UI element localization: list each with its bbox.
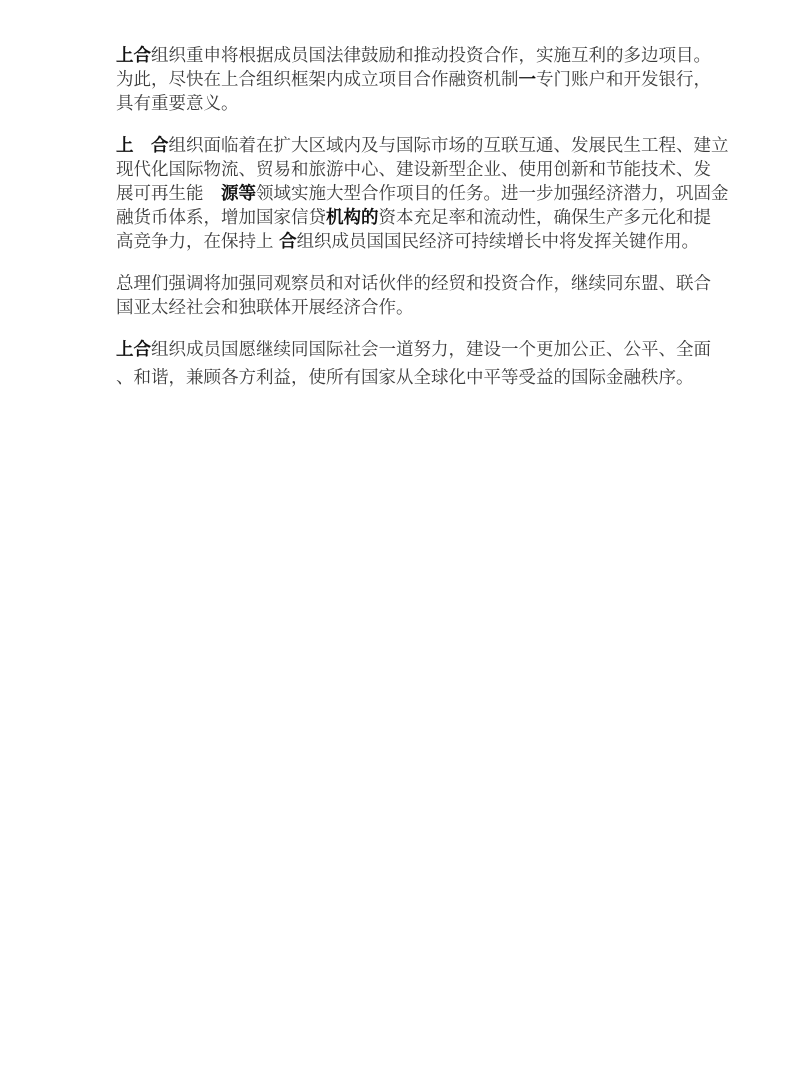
text: 组织成员国国民经济可持续增长中将发挥关键作用。	[297, 232, 700, 252]
paragraph-4: 上合组织成员国愿继续同国际社会一道努力，建设一个更加公正、公平、全面 、和谐，兼…	[116, 338, 748, 390]
bold-text: 上合	[116, 46, 151, 66]
text: 总理们强调将加强同观察员和对话伙伴的经贸和投资合作，继续同东盟、联合	[116, 274, 711, 294]
bold-text: 上合	[116, 340, 151, 360]
bold-text: 一	[519, 70, 537, 90]
text-line: 高竞争力，在保持上 合组织成员国国民经济可持续增长中将发挥关键作用。	[116, 230, 748, 254]
text-line: 融货币体系，增加国家信贷机构的资本充足率和流动性，确保生产多元化和提	[116, 206, 748, 230]
text-line: 上 合组织面临着在扩大区域内及与国际市场的互联互通、发展民生工程、建立	[116, 134, 748, 158]
text-line: 、和谐，兼顾各方利益，使所有国家从全球化中平等受益的国际金融秩序。	[116, 366, 748, 390]
text: 为此，尽快在上合组织框架内成立项目合作融资机制	[116, 70, 519, 90]
text: 组织成员国愿继续同国际社会一道努力，建设一个更加公正、公平、全面	[151, 340, 711, 360]
text: 展可再生能	[116, 184, 221, 204]
text-line: 现代化国际物流、贸易和旅游中心、建设新型企业、使用创新和节能技术、发	[116, 158, 748, 182]
text: 现代化国际物流、贸易和旅游中心、建设新型企业、使用创新和节能技术、发	[116, 160, 711, 180]
text: 领域实施大型合作项目的任务。进一步加强经济潜力，巩固金	[256, 184, 729, 204]
text-line: 总理们强调将加强同观察员和对话伙伴的经贸和投资合作，继续同东盟、联合	[116, 272, 748, 296]
text: 、和谐，兼顾各方利益，使所有国家从全球化中平等受益的国际金融秩序。	[116, 368, 694, 388]
text: 国亚太经社会和独联体开展经济合作。	[116, 298, 414, 318]
bold-text: 源等	[221, 184, 256, 204]
bold-text: 上 合	[116, 136, 169, 156]
text: 专门账户和开发银行，	[536, 70, 711, 90]
text-line: 上合组织重申将根据成员国法律鼓励和推动投资合作，实施互利的多边项目。	[116, 44, 748, 68]
bold-text: 机构的	[326, 208, 379, 228]
text: 具有重要意义。	[116, 94, 239, 114]
paragraph-3: 总理们强调将加强同观察员和对话伙伴的经贸和投资合作，继续同东盟、联合 国亚太经社…	[116, 272, 748, 320]
text-line: 展可再生能 源等领域实施大型合作项目的任务。进一步加强经济潜力，巩固金	[116, 182, 748, 206]
paragraph-1: 上合组织重申将根据成员国法律鼓励和推动投资合作，实施互利的多边项目。 为此，尽快…	[116, 44, 748, 116]
text: 组织重申将根据成员国法律鼓励和推动投资合作，实施互利的多边项目。	[151, 46, 711, 66]
text: 资本充足率和流动性，确保生产多元化和提	[379, 208, 712, 228]
document-page: 上合组织重申将根据成员国法律鼓励和推动投资合作，实施互利的多边项目。 为此，尽快…	[116, 44, 748, 408]
text-line: 上合组织成员国愿继续同国际社会一道努力，建设一个更加公正、公平、全面	[116, 338, 748, 362]
text-line: 为此，尽快在上合组织框架内成立项目合作融资机制一专门账户和开发银行，	[116, 68, 748, 92]
text: 高竞争力，在保持上	[116, 232, 279, 252]
paragraph-2: 上 合组织面临着在扩大区域内及与国际市场的互联互通、发展民生工程、建立 现代化国…	[116, 134, 748, 254]
text-line: 国亚太经社会和独联体开展经济合作。	[116, 296, 748, 320]
text-line: 具有重要意义。	[116, 92, 748, 116]
text: 融货币体系，增加国家信贷	[116, 208, 326, 228]
text: 组织面临着在扩大区域内及与国际市场的互联互通、发展民生工程、建立	[169, 136, 729, 156]
bold-text: 合	[279, 232, 297, 252]
